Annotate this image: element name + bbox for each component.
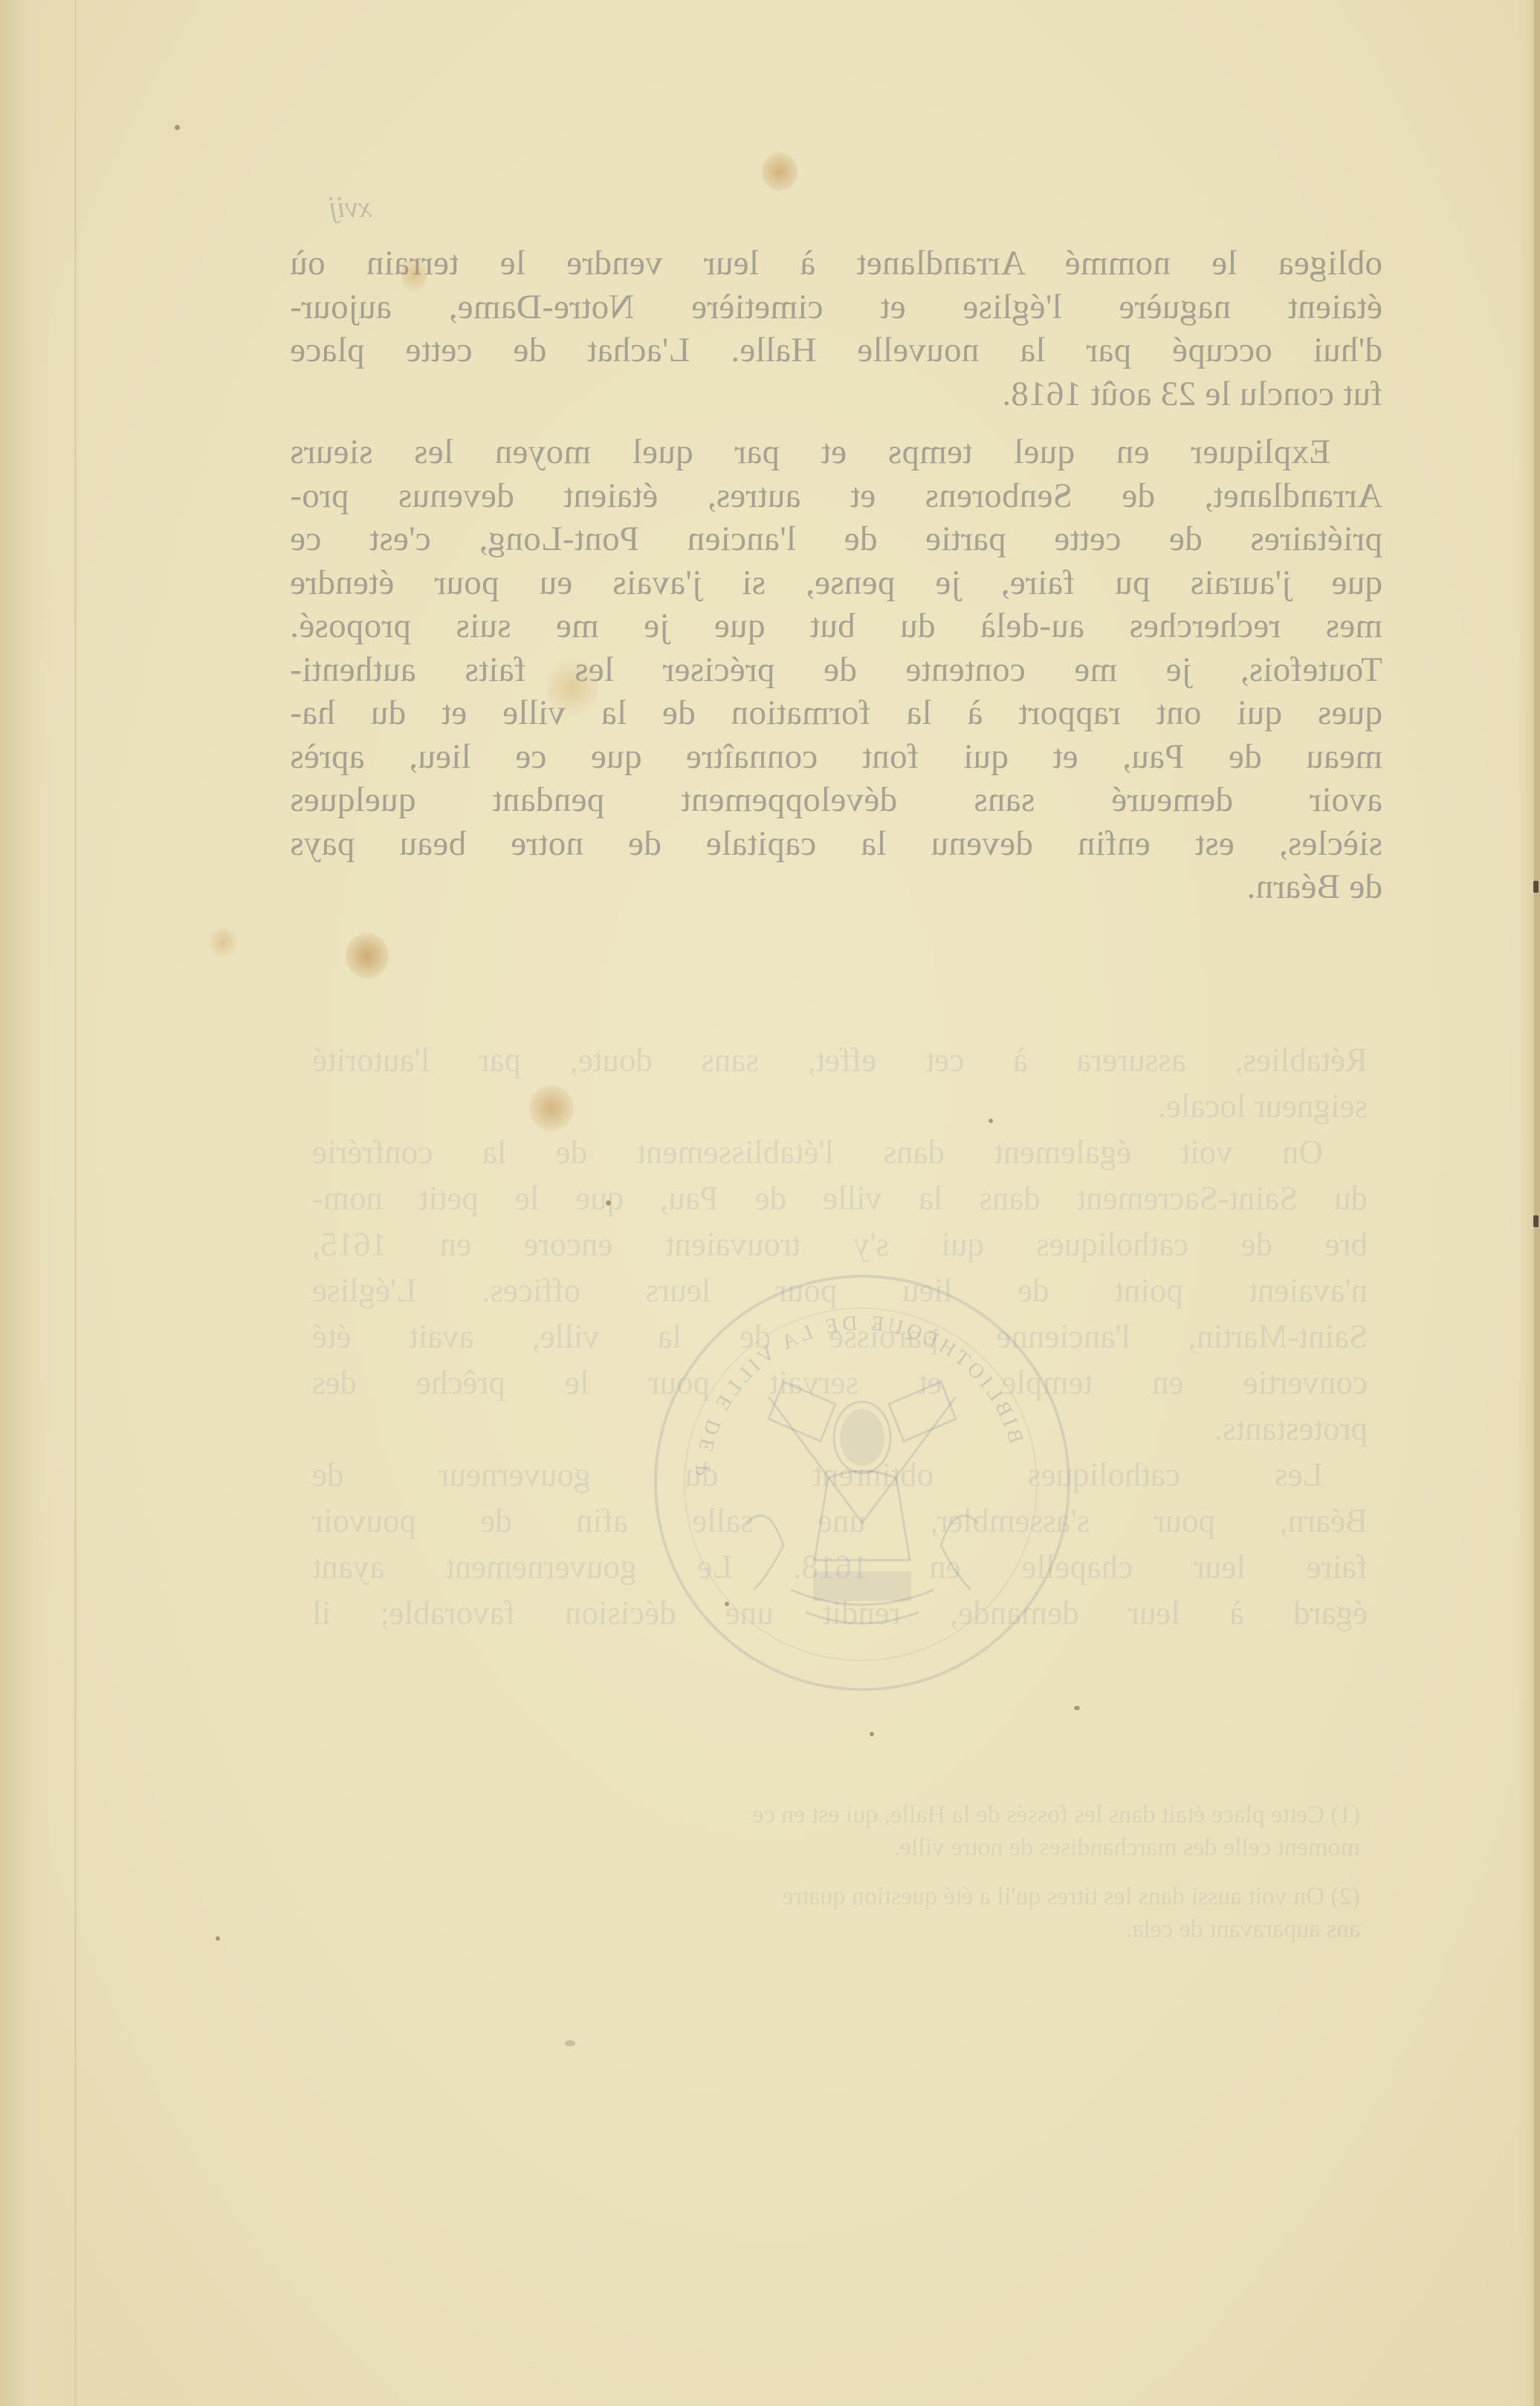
text-line: Toutefois, je me contente de préciser le… — [290, 648, 1382, 692]
page-edge-dark — [1534, 0, 1540, 2406]
text-line: étaient naguère l'église et cimetière No… — [290, 285, 1382, 329]
text-line: ques qui ont rapport à la formation de l… — [290, 691, 1382, 735]
main-body-text: obligea le nommé Arrandlanet à leur vend… — [290, 242, 1382, 909]
text-line: Arrandlanet, de Senborens et autres, éta… — [290, 474, 1382, 518]
facing-page-footnotes: (1) Cette place était dans les fossés de… — [327, 1799, 1360, 1946]
footnote-line: (2) On voit aussi dans les titres qu'il … — [327, 1881, 1360, 1913]
paper-speck — [216, 1936, 220, 1941]
foxing-stain — [208, 925, 238, 959]
paragraph-2: Expliquer en quel temps et par quel moye… — [290, 430, 1382, 909]
foxing-stain — [529, 1085, 574, 1131]
text-line: priétaires de cette partie de l'ancien P… — [290, 517, 1382, 561]
paper-speck — [606, 1200, 611, 1206]
paper-speck — [175, 125, 180, 130]
text-line: d'hui occupé par la nouvelle Halle. L'ac… — [290, 329, 1382, 372]
footnote-line: (1) Cette place était dans les fossés de… — [327, 1799, 1360, 1831]
page-fold-line — [74, 0, 77, 2406]
paper-speck — [870, 1732, 874, 1736]
text-line: obligea le nommé Arrandlanet à leur vend… — [290, 242, 1382, 285]
text-line: mes recherches au-delà du but que je me … — [290, 604, 1382, 648]
ghost-line: seigneur locale. — [312, 1083, 1368, 1129]
binding-gutter-shadow — [0, 0, 52, 2406]
paper-speck — [1074, 1706, 1080, 1710]
text-line: Expliquer en quel temps et par quel moye… — [290, 430, 1382, 474]
edge-mark — [1533, 1215, 1539, 1227]
paper-speck — [565, 2040, 575, 2046]
page-number: xvij — [290, 190, 372, 224]
paper-speck — [725, 1602, 729, 1606]
stamp-text: BIBLIOTHÈQUE DE LA VILLE DE PAU — [691, 1278, 1067, 1479]
text-line: avoir demeuré sans développement pendant… — [290, 778, 1382, 822]
edge-mark — [1533, 881, 1539, 893]
text-line: fut conclu le 23 août 1618. — [290, 372, 1382, 416]
foxing-stain — [546, 654, 598, 721]
footnote-line: moment celle des marchandises de notre v… — [327, 1831, 1360, 1864]
foxing-stain — [346, 933, 389, 979]
text-line: siècles, est enfin devenu la capitale de… — [290, 822, 1382, 866]
foxing-stain — [401, 253, 427, 297]
svg-text:BIBLIOTHÈQUE DE LA VILLE DE PA: BIBLIOTHÈQUE DE LA VILLE DE PAU — [691, 1278, 1067, 1479]
scanned-page: Rétablies, assurera à cet effet, sans do… — [0, 0, 1540, 2406]
text-line: de Béarn. — [290, 865, 1382, 909]
foxing-stain — [762, 152, 797, 191]
ghost-line: On voit également dans l'établissement d… — [312, 1129, 1368, 1175]
ghost-line: du Saint-Sacrement dans la ville de Pau,… — [312, 1175, 1368, 1221]
paper-speck — [989, 1119, 993, 1123]
text-line: que j'aurais pu faire, je pense, si j'av… — [290, 561, 1382, 605]
stamp-text-ring: BIBLIOTHÈQUE DE LA VILLE DE PAU — [657, 1278, 1067, 1688]
text-line: meau de Pau, et qui font connaître que c… — [290, 735, 1382, 779]
footnote-line: ans auparavant de cela. — [327, 1913, 1360, 1946]
paragraph-1: obligea le nommé Arrandlanet à leur vend… — [290, 242, 1382, 415]
library-stamp: BIBLIOTHÈQUE DE LA VILLE DE PAU — [654, 1275, 1070, 1691]
ghost-line: Rétablies, assurera à cet effet, sans do… — [312, 1037, 1368, 1083]
ghost-line: bre de catholiques qui s'y trouvaient en… — [312, 1221, 1368, 1267]
